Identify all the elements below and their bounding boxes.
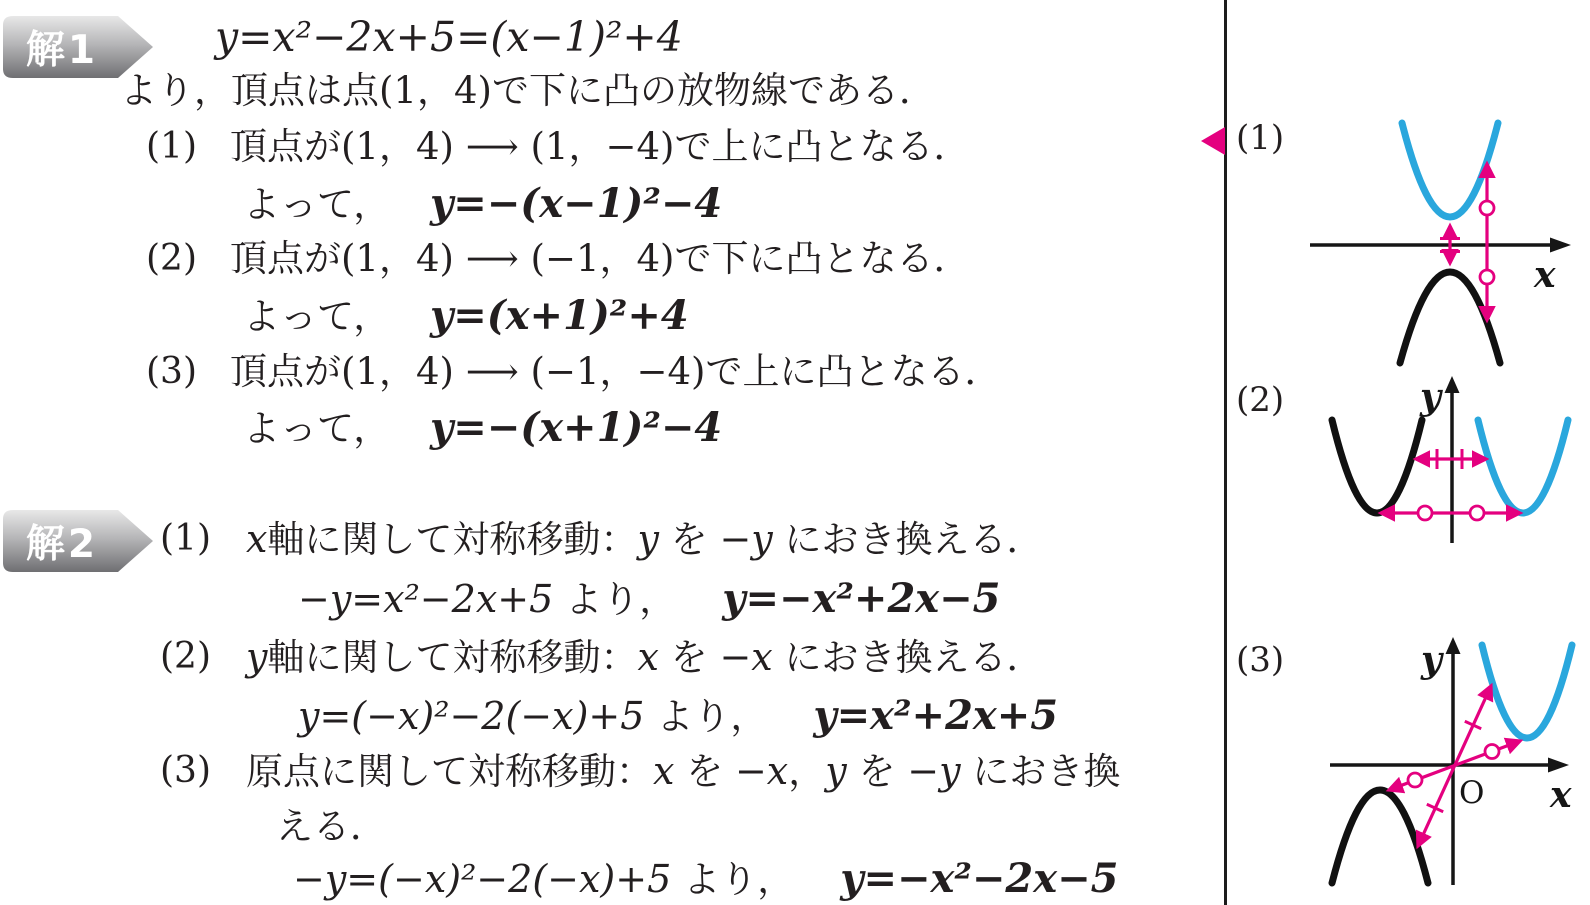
work-equation: −y=x²−2x+5 [298,577,553,621]
s1-item2-result: y=(x+1)²+4 [430,293,689,339]
equal-circle-mark [1480,201,1494,215]
s1-item1-number: (1) [146,126,197,167]
math-var: −x [735,749,788,793]
s2-item2-number: (2) [160,636,211,677]
jp-text: におき換える． [773,636,1044,679]
jp-text: ， [788,750,825,793]
jp-text: 軸に関して対称移動： [267,518,637,561]
y-axis-arrowhead-icon [1446,637,1461,654]
s1-item1-therefore: よって， [243,184,390,227]
jp-text: を [659,636,720,679]
parabola-black-left [1332,420,1422,513]
jp-text: 軸に関して対称移動： [267,636,637,679]
parabola-black-lower-left [1332,790,1428,883]
s1-item3-number: (3) [146,351,197,392]
figure3-svg: y x O [1310,620,1590,905]
s1-item3-therefore: よって， [243,408,390,451]
y-axis-label: y [1420,639,1444,681]
figure1-svg: x [1310,95,1590,375]
s1-item2-body: 頂点が(1，4) ⟶ (−1，4)で下に凸となる． [230,238,970,281]
jp-text: におき換 [961,750,1121,793]
s2-item3-continuation: える． [276,806,387,849]
figure3-origin-reflection: y x O [1310,620,1590,905]
s2-item1-work: −y=x²−2x+5より，y=−x²+2x−5 [298,576,1000,622]
jp-text: を [659,518,720,561]
s1-item2-number: (2) [146,238,197,279]
math-var: −y [719,517,772,561]
work-result: y=x²+2x+5 [813,692,1058,739]
equal-circle-mark [1408,773,1422,787]
y-axis-label: y [1419,376,1443,418]
equal-circle-mark [1485,745,1499,759]
work-result: y=−x²−2x−5 [840,855,1118,902]
s1-item1-result: y=−(x−1)²−4 [430,181,722,227]
x-axis-label: x [1549,774,1572,816]
jp-text: より， [565,578,676,621]
math-var: y [246,635,267,679]
s1-top-equation: y=x²−2x+5=(x−1)²+4 [215,14,683,61]
solution1-badge-label: 解1 [0,14,124,80]
textbook-page: 解1 y=x²−2x+5=(x−1)²+4 より，頂点は点(1，4)で下に凸の放… [0,0,1590,905]
work-equation: −y=(−x)²−2(−x)+5 [293,857,671,901]
s2-item1-number: (1) [160,518,211,559]
s2-item3-work: −y=(−x)²−2(−x)+5より，y=−x²−2x−5 [293,856,1118,902]
math-var: x [637,635,658,679]
jp-text: より， [683,858,794,901]
s1-item3-result: y=−(x+1)²−4 [430,405,722,451]
s2-item3-head: 原点に関して対称移動：x を −x，y を −y におき換 [246,750,1120,794]
margin-pointer-icon [1201,127,1225,155]
equal-circle-mark [1418,506,1432,520]
parabola-black-downward [1400,272,1500,363]
s2-item2-head: y軸に関して対称移動：x を −x におき換える． [246,636,1043,680]
s1-item1-body: 頂点が(1，4) ⟶ (1，−4)で上に凸となる． [230,126,970,169]
jp-text: を [847,750,908,793]
x-axis-arrowhead-icon [1550,238,1571,253]
x-axis-arrowhead-icon [1548,758,1569,773]
equal-circle-mark [1480,270,1494,284]
jp-text: を [674,750,735,793]
math-var: −x [719,635,772,679]
figure3-label: (3) [1236,640,1284,680]
s1-intro: より，頂点は点(1，4)で下に凸の放物線である． [120,70,936,113]
y-axis-arrowhead-icon [1445,376,1460,393]
origin-label: O [1459,775,1484,811]
x-axis-label: x [1533,254,1556,296]
jp-text: におき換える． [773,518,1044,561]
equal-circle-mark [1470,506,1484,520]
figure2-label: (2) [1236,380,1284,420]
work-equation: y=(−x)²−2(−x)+5 [298,694,644,738]
math-var: y [637,517,658,561]
s1-item3-body: 頂点が(1，4) ⟶ (−1，−4)で上に凸となる． [230,351,1001,394]
math-var: x [653,749,674,793]
solution2-badge: 解2 [0,508,160,574]
jp-text: 原点に関して対称移動： [246,750,653,793]
s2-item1-head: x軸に関して対称移動：y を −y におき換える． [246,518,1044,562]
figure2-y-axis-reflection: y [1310,375,1590,624]
work-result: y=−x²+2x−5 [722,575,1000,622]
solution2-badge-label: 解2 [0,508,124,574]
jp-text: より， [656,695,767,738]
s2-item2-work: y=(−x)²−2(−x)+5より，y=x²+2x+5 [298,693,1058,739]
math-var: x [246,517,267,561]
s2-item3-number: (3) [160,750,211,791]
s1-item2-therefore: よって， [243,296,390,339]
parabola-blue-right [1478,420,1568,513]
math-var: −y [907,749,960,793]
figure2-svg: y [1310,375,1590,620]
figure1-x-axis-reflection: x [1310,95,1590,379]
math-var: y [825,749,846,793]
figure1-label: (1) [1236,118,1284,158]
parabola-blue-upper-right [1482,645,1572,738]
